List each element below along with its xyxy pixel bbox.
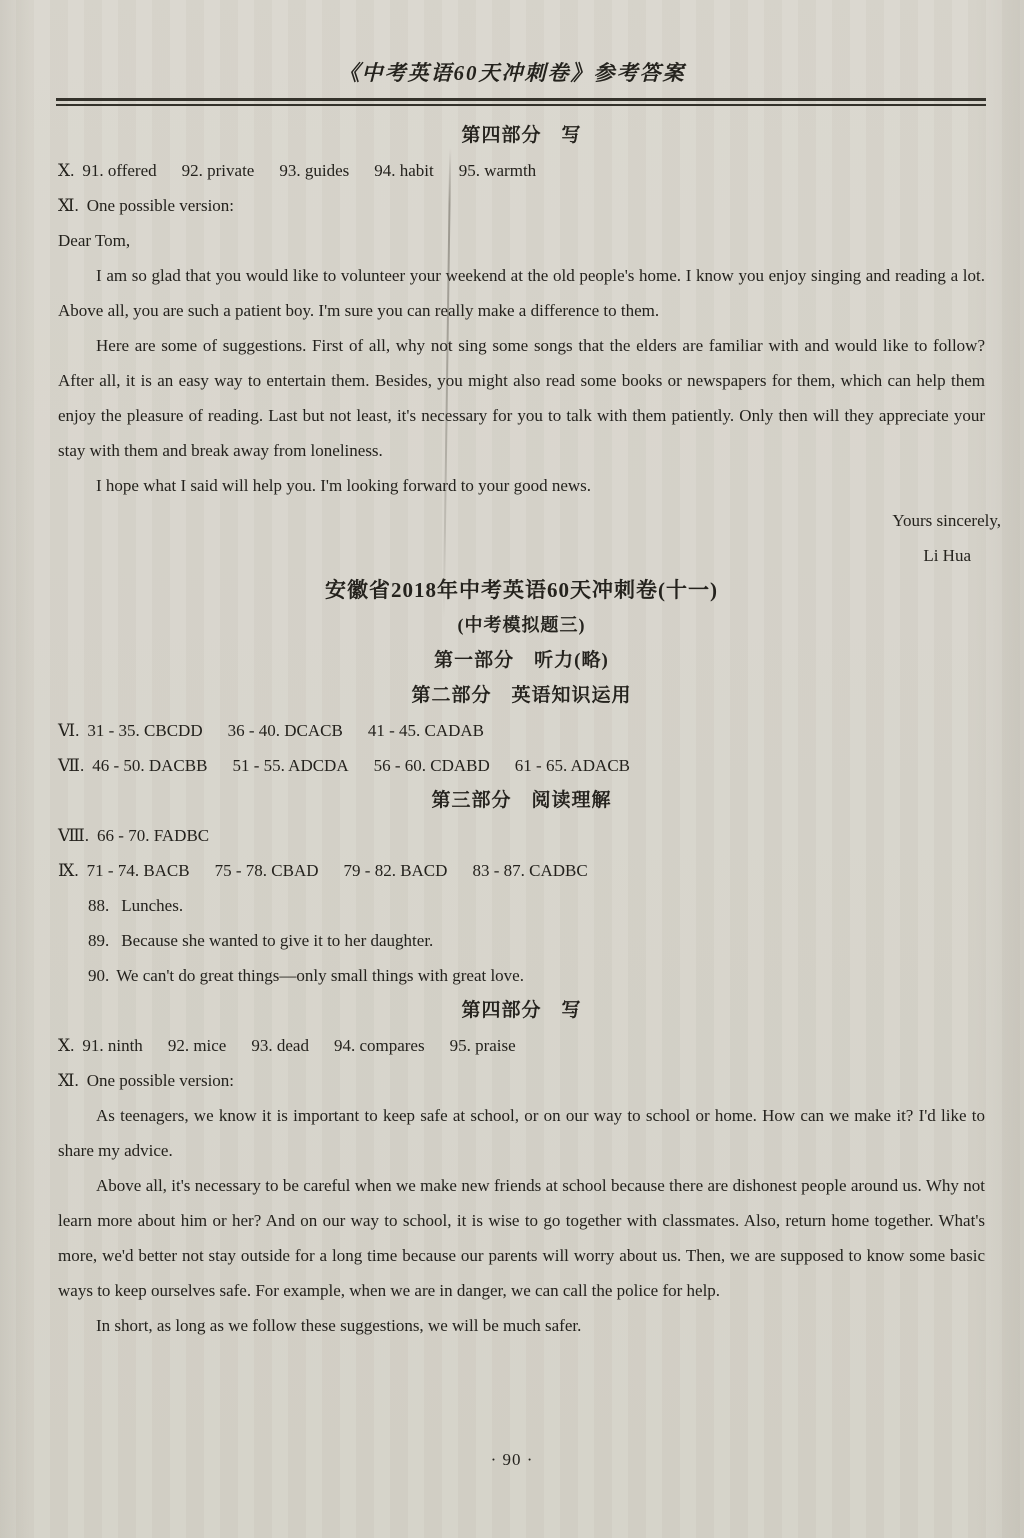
letter-salutation: Dear Tom, bbox=[58, 223, 985, 258]
part1-heading: 第一部分 听力(略) bbox=[58, 643, 985, 678]
question-number: 89. bbox=[88, 931, 109, 950]
answer-group: 61 - 65. ADACB bbox=[515, 756, 630, 775]
answer-group: 75 - 78. CBAD bbox=[215, 861, 319, 880]
booklet-title: 《中考英语60天冲刺卷》参考答案 bbox=[0, 0, 1024, 88]
part2-heading: 第二部分 英语知识运用 bbox=[58, 678, 985, 713]
answer-group: 36 - 40. DCACB bbox=[228, 721, 343, 740]
page-number: · 90 · bbox=[0, 1442, 1024, 1477]
answer-row-vi: Ⅵ.31 - 35. CBCDD36 - 40. DCACB41 - 45. C… bbox=[58, 713, 985, 748]
roman-numeral-viii: Ⅷ. bbox=[58, 826, 89, 845]
answer-row-viii: Ⅷ.66 - 70. FADBC bbox=[58, 818, 985, 853]
letter-paragraph: I am so glad that you would like to volu… bbox=[58, 258, 985, 328]
roman-numeral-vii: Ⅶ. bbox=[58, 756, 84, 775]
essay-paragraph: In short, as long as we follow these sug… bbox=[58, 1308, 985, 1343]
question-number: 90. bbox=[88, 966, 109, 985]
answer-group: 94. compares bbox=[334, 1036, 425, 1055]
part4-heading-exam1: 第四部分 写 bbox=[58, 118, 985, 153]
answer-group: 71 - 74. BACB bbox=[87, 861, 190, 880]
answer-group: 91. offered bbox=[82, 161, 156, 180]
page-header: 《中考英语60天冲刺卷》参考答案 bbox=[0, 0, 1024, 106]
exam-title: 安徽省2018年中考英语60天冲刺卷(十一) bbox=[58, 573, 985, 608]
answer-group: 95. warmth bbox=[459, 161, 536, 180]
possible-version-intro: One possible version: bbox=[87, 196, 234, 215]
letter-signature: Li Hua bbox=[58, 538, 981, 573]
answer-group: 94. habit bbox=[374, 161, 434, 180]
letter-closing: Yours sincerely, bbox=[58, 503, 1001, 538]
answer-row-xi-exam2: Ⅺ.One possible version: bbox=[58, 1063, 985, 1098]
answer-row-vii: Ⅶ.46 - 50. DACBB51 - 55. ADCDA56 - 60. C… bbox=[58, 748, 985, 783]
answer-group: 31 - 35. CBCDD bbox=[87, 721, 202, 740]
part3-heading: 第三部分 阅读理解 bbox=[58, 783, 985, 818]
answer-group: 83 - 87. CADBC bbox=[472, 861, 587, 880]
roman-numeral-ix: Ⅸ. bbox=[58, 861, 79, 880]
roman-numeral-xi: Ⅺ. bbox=[58, 196, 79, 215]
scanned-answer-page: 《中考英语60天冲刺卷》参考答案 第四部分 写 Ⅹ.91. offered92.… bbox=[0, 0, 1024, 1538]
short-answer-88: 88.Lunches. bbox=[58, 888, 985, 923]
answer-group: 95. praise bbox=[450, 1036, 516, 1055]
answer-group: 41 - 45. CADAB bbox=[368, 721, 484, 740]
exam-subtitle: (中考模拟题三) bbox=[58, 608, 985, 643]
answer-group: 56 - 60. CDABD bbox=[374, 756, 490, 775]
roman-numeral-vi: Ⅵ. bbox=[58, 721, 79, 740]
answer-group: 92. private bbox=[182, 161, 255, 180]
letter-paragraph: Here are some of suggestions. First of a… bbox=[58, 328, 985, 468]
essay-paragraph: As teenagers, we know it is important to… bbox=[58, 1098, 985, 1168]
header-double-rule bbox=[56, 98, 986, 106]
answer-group: 51 - 55. ADCDA bbox=[232, 756, 348, 775]
answer-group: 91. ninth bbox=[82, 1036, 142, 1055]
short-answer-text: Because she wanted to give it to her dau… bbox=[121, 931, 433, 950]
answer-group: 46 - 50. DACBB bbox=[92, 756, 207, 775]
letter-paragraph: I hope what I said will help you. I'm lo… bbox=[58, 468, 985, 503]
question-number: 88. bbox=[88, 896, 109, 915]
roman-numeral-xi: Ⅺ. bbox=[58, 1071, 79, 1090]
possible-version-intro: One possible version: bbox=[87, 1071, 234, 1090]
answer-group: 66 - 70. FADBC bbox=[97, 826, 209, 845]
short-answer-text: We can't do great things—only small thin… bbox=[116, 966, 524, 985]
short-answer-90: 90.We can't do great things—only small t… bbox=[58, 958, 985, 993]
part4-heading-exam2: 第四部分 写 bbox=[58, 993, 985, 1028]
answer-group: 93. dead bbox=[251, 1036, 309, 1055]
answer-group: 92. mice bbox=[168, 1036, 227, 1055]
answer-group: 93. guides bbox=[279, 161, 349, 180]
roman-numeral-x: Ⅹ. bbox=[58, 1036, 74, 1055]
answer-group: 79 - 82. BACD bbox=[344, 861, 448, 880]
page-content: 第四部分 写 Ⅹ.91. offered92. private93. guide… bbox=[0, 106, 1024, 1343]
answer-row-x-exam2: Ⅹ.91. ninth92. mice93. dead94. compares9… bbox=[58, 1028, 985, 1063]
answer-row-x-exam1: Ⅹ.91. offered92. private93. guides94. ha… bbox=[58, 153, 985, 188]
roman-numeral-x: Ⅹ. bbox=[58, 161, 74, 180]
essay-paragraph: Above all, it's necessary to be careful … bbox=[58, 1168, 985, 1308]
answer-row-ix: Ⅸ.71 - 74. BACB75 - 78. CBAD79 - 82. BAC… bbox=[58, 853, 985, 888]
answer-row-xi-exam1: Ⅺ.One possible version: bbox=[58, 188, 985, 223]
short-answer-89: 89.Because she wanted to give it to her … bbox=[58, 923, 985, 958]
short-answer-text: Lunches. bbox=[121, 896, 183, 915]
